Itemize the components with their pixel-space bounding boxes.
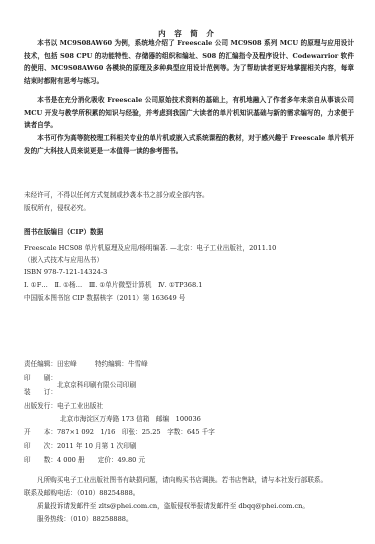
summary-paragraph-1: 本书以 MC9S08AW60 为例，系统地介绍了 Freescale 公司 MC… (24, 37, 354, 88)
edition-label: 印 次： (24, 442, 57, 450)
footer-line-4: 服务热线：（010）88258888。 (37, 516, 133, 523)
cip-classification: Ⅰ. ①F… Ⅱ. ①杨… Ⅲ. ①单片微型计算机 Ⅳ. ①TP368.1 (24, 282, 202, 289)
format-line: 开 本：787×1 092 1/16 印张：25.25 字数：645 千字 (24, 429, 215, 436)
footer-line-3: 质量投诉请发邮件至 zlts@phei.com.cn，盗版侵权举报请发邮件至 d… (37, 503, 309, 510)
cip-heading: 图书在版编目（CIP）数据 (24, 229, 103, 236)
copyright-notice: 未经许可，不得以任何方式复制或抄袭本书之部分或全部内容。 (24, 192, 209, 199)
special-editor-name: 牛雪峰 (128, 360, 148, 368)
copyright-rights: 版权所有，侵权必究。 (24, 205, 90, 212)
print-label: 印 刷： (24, 375, 57, 382)
cip-isbn: ISBN 978-7-121-14324-3 (24, 269, 107, 276)
editor-label: 责任编辑： (24, 360, 57, 368)
footer-line-2: 联系及邮购电话：（010）88254888。 (24, 490, 139, 497)
summary-paragraph-3: 本书可作为高等院校理工科相关专业的单片机或嵌入式系统课程的教材，对于感兴趣于 F… (24, 132, 354, 157)
format-label: 开 本： (24, 428, 57, 436)
cip-entry: Freescale HCS08 单片机原理及应用/杨明编著. —北京：电子工业出… (24, 245, 276, 252)
printer-name: 北京京科印刷有限公司印刷 (57, 382, 136, 389)
copies-value: 4 000 册 定价：49.80 元 (57, 456, 145, 464)
cip-record: 中国版本图书馆 CIP 数据核字（2011）第 163649 号 (24, 295, 185, 302)
summary-paragraph-2: 本书是在充分消化吸收 Freescale 公司原始技术资料的基础上，有机地融入了… (24, 94, 354, 132)
editor-name: 田宏峰 (57, 360, 77, 368)
footer-line-1: 凡所购买电子工业出版社图书有缺损问题，请向购买书店调换。若书店售缺，请与本社发行… (37, 477, 327, 484)
edition-value: 2011 年 10 月第 1 次印刷 (57, 442, 136, 450)
cip-series: （嵌入式技术与应用丛书） (24, 257, 103, 264)
publisher-label: 出版发行： (24, 402, 57, 410)
copies-line: 印 数：4 000 册 定价：49.80 元 (24, 457, 145, 464)
bind-label: 装 订： (24, 389, 57, 396)
publisher-address: 北京市海淀区万寿路 173 信箱 邮编 100036 (60, 416, 201, 423)
copies-label: 印 数： (24, 456, 57, 464)
publisher-name: 电子工业出版社 (57, 402, 103, 410)
publisher-line: 出版发行：电子工业出版社 (24, 403, 103, 410)
special-editor-label: 特约编辑： (95, 360, 128, 368)
editor-line: 责任编辑：田宏峰 特约编辑：牛雪峰 (24, 361, 148, 368)
edition-line: 印 次：2011 年 10 月第 1 次印刷 (24, 443, 136, 450)
format-value: 787×1 092 1/16 印张：25.25 字数：645 千字 (57, 428, 215, 436)
